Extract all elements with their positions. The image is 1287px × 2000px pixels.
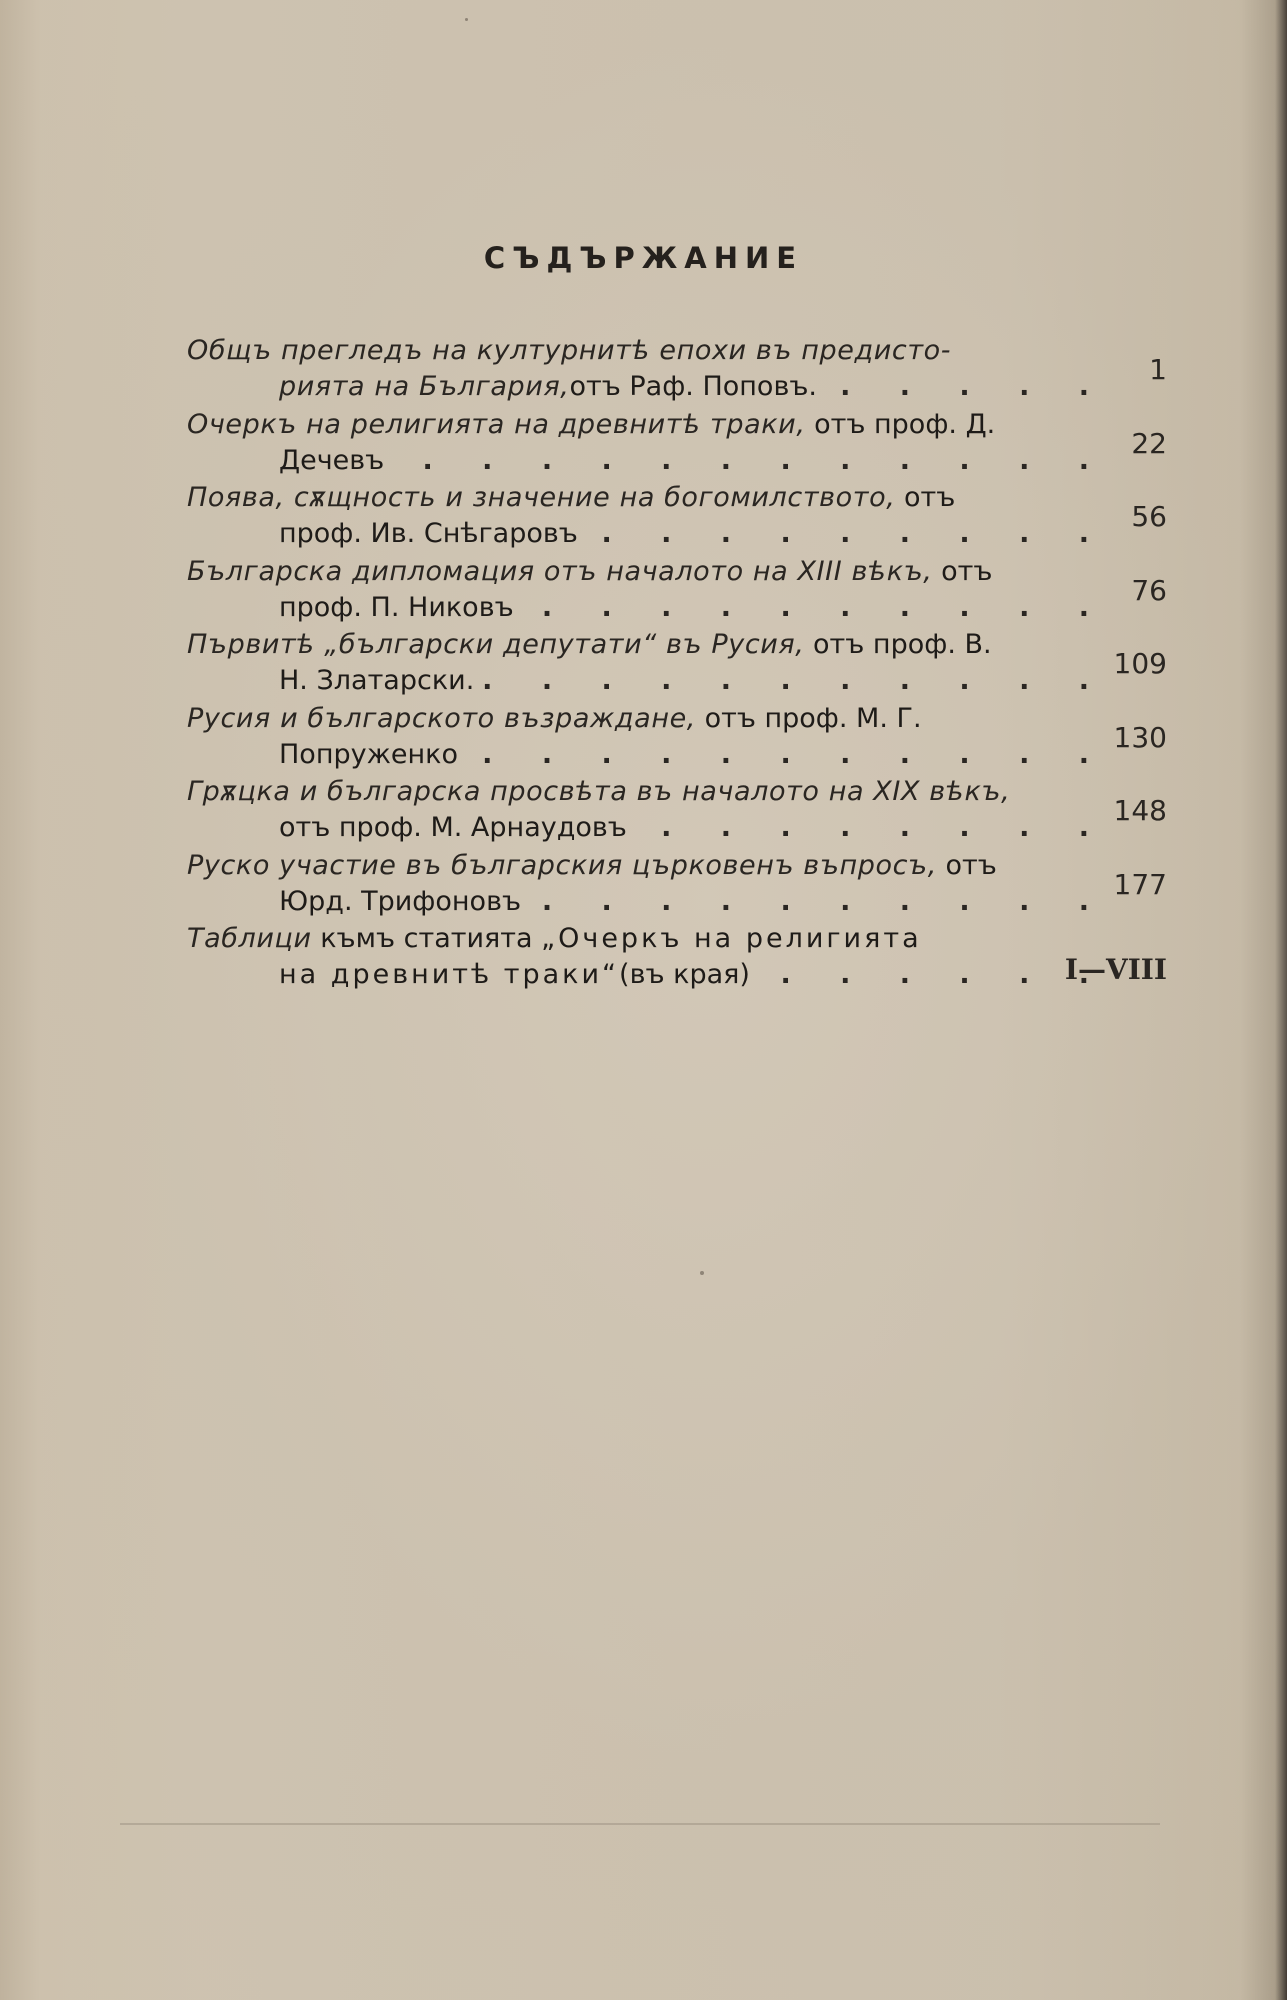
entry-title-line1: Очеркъ на религията на древнитѣ траки, о… [187, 407, 995, 443]
entry-title: Първитѣ „български депутати“ въ Русия, [187, 629, 804, 660]
entry-title-line1: Таблици къмъ статията „Очеркъ на религия… [187, 921, 922, 957]
toc-entry[interactable]: Таблици къмъ статията „Очеркъ на религия… [187, 921, 1167, 995]
entry-quoted-title-cont: на древнитѣ траки“ [279, 957, 619, 993]
entry-line2: проф. П. Никовъ [279, 590, 1109, 626]
show-through-rule [120, 1823, 1160, 1825]
entry-author-prefix: отъ [895, 482, 955, 513]
page-number: I—VIII [1065, 953, 1167, 986]
entry-quoted-title: „Очеркъ на религията [541, 923, 922, 954]
entry-title-line1: Поява, сѫщность и значение на богомилств… [187, 480, 955, 516]
entry-title-line1: Грѫцка и българска просвѣта въ началото … [187, 774, 1010, 810]
paper-speck [700, 1271, 704, 1275]
toc-entry[interactable]: Русия и българското възраждане, отъ проф… [187, 701, 1167, 775]
entry-author: Н. Златарски. [279, 663, 474, 699]
dot-leader [514, 590, 1109, 626]
book-page: СЪДЪРЖАНИЕ Общъ прегледъ на културнитѣ е… [0, 0, 1287, 2000]
entry-author: Юрд. Трифоновъ [279, 884, 521, 920]
entry-line2: Юрд. Трифоновъ [279, 884, 1109, 920]
toc-entry[interactable]: Първитѣ „български депутати“ въ Русия, о… [187, 627, 1167, 701]
entry-title: Таблици [187, 923, 312, 954]
dot-leader [817, 369, 1109, 405]
page-title: СЪДЪРЖАНИЕ [0, 241, 1287, 275]
dot-leader [384, 443, 1109, 479]
toc-entry[interactable]: Българска дипломация отъ началото на XII… [187, 554, 1167, 628]
entry-title-line1: Българска дипломация отъ началото на XII… [187, 554, 992, 590]
page-number: 177 [1114, 868, 1167, 901]
entry-line2: Дечевъ [279, 443, 1109, 479]
entry-title: Русия и българското възраждане, [187, 703, 696, 734]
entry-line2: Н. Златарски. [279, 663, 1109, 699]
entry-author-prefix: отъ [933, 556, 993, 587]
entry-title: Българска дипломация отъ началото на XII… [187, 556, 933, 587]
dot-leader [627, 810, 1109, 846]
page-number: 76 [1131, 574, 1167, 607]
toc-entry[interactable]: Грѫцка и българска просвѣта въ началото … [187, 774, 1167, 848]
entry-title-line1: Общъ прегледъ на културнитѣ епохи въ пре… [187, 333, 951, 369]
page-number: 22 [1131, 427, 1167, 460]
page-number: 1 [1149, 353, 1167, 386]
page-number: 148 [1114, 794, 1167, 827]
dot-leader [474, 663, 1109, 699]
entry-author-prefix: отъ проф. Д. [806, 409, 996, 440]
entry-title: Общъ прегледъ на културнитѣ епохи въ пре… [187, 335, 951, 366]
entry-author: Попруженко [279, 737, 458, 773]
toc-entry[interactable]: Очеркъ на религията на древнитѣ траки, о… [187, 407, 1167, 481]
page-number: 130 [1114, 721, 1167, 754]
dot-leader [578, 516, 1109, 552]
page-number: 109 [1114, 647, 1167, 680]
entry-author-prefix: отъ проф. М. Г. [696, 703, 922, 734]
table-of-contents: Общъ прегледъ на културнитѣ епохи въ пре… [187, 333, 1167, 995]
toc-entry[interactable]: Общъ прегледъ на културнитѣ епохи въ пре… [187, 333, 1167, 407]
dot-leader [750, 957, 1109, 993]
entry-line2: Попруженко [279, 737, 1109, 773]
entry-author: проф. Ив. Снѣгаровъ [279, 516, 578, 552]
entry-author: отъ проф. М. Арнаудовъ [279, 810, 627, 846]
paper-speck [465, 18, 468, 21]
dot-leader [458, 737, 1109, 773]
entry-line2: проф. Ив. Снѣгаровъ [279, 516, 1109, 552]
entry-title-cont: рията на България, [279, 369, 569, 405]
entry-line2: на древнитѣ траки“ (въ края) [279, 957, 1109, 993]
dot-leader [521, 884, 1109, 920]
entry-author-prefix: отъ [937, 850, 997, 881]
entry-author: Дечевъ [279, 443, 384, 479]
entry-title-mid: къмъ статията [312, 923, 542, 954]
entry-title: Руско участие въ българския църковенъ въ… [187, 850, 937, 881]
entry-note: (въ края) [619, 957, 750, 993]
entry-title: Поява, сѫщность и значение на богомилств… [187, 482, 895, 513]
entry-title: Грѫцка и българска просвѣта въ началото … [187, 776, 1010, 807]
entry-title-line1: Русия и българското възраждане, отъ проф… [187, 701, 922, 737]
toc-entry[interactable]: Поява, сѫщность и значение на богомилств… [187, 480, 1167, 554]
entry-author: отъ Раф. Поповъ. [569, 369, 817, 405]
entry-title-line1: Руско участие въ българския църковенъ въ… [187, 848, 997, 884]
entry-author: проф. П. Никовъ [279, 590, 514, 626]
entry-author-prefix: отъ проф. В. [804, 629, 991, 660]
toc-entry[interactable]: Руско участие въ българския църковенъ въ… [187, 848, 1167, 922]
entry-title: Очеркъ на религията на древнитѣ траки, [187, 409, 806, 440]
entry-line2: отъ проф. М. Арнаудовъ [279, 810, 1109, 846]
entry-title-line1: Първитѣ „български депутати“ въ Русия, о… [187, 627, 992, 663]
page-number: 56 [1131, 500, 1167, 533]
entry-line2: рията на България, отъ Раф. Поповъ. [279, 369, 1109, 405]
